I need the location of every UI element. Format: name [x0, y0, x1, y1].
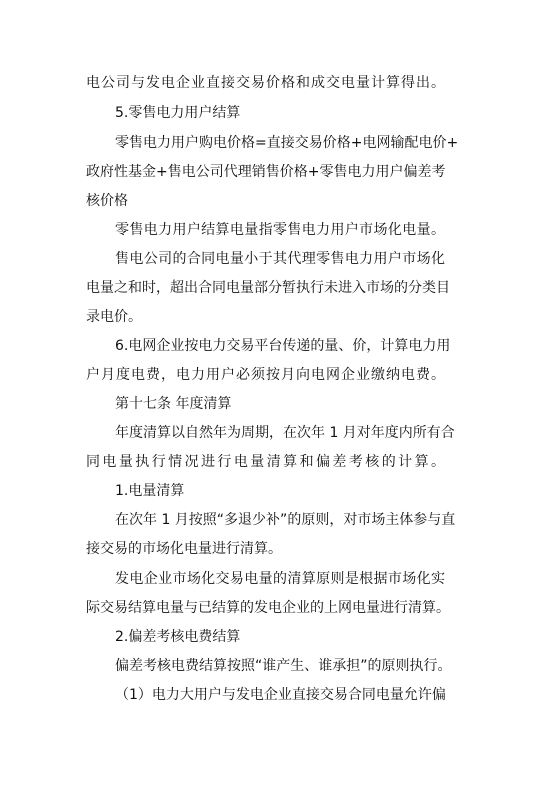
text-line: 6.电网企业按电力交易平台传递的量、价，计算电力用 [115, 337, 445, 355]
document-page: 电公司与发电企业直接交易价格和成交电量计算得出。5.零售电力用户结算零售电力用户… [0, 0, 560, 791]
text-line: 发电企业市场化交易电量的清算原则是根据市场化实 [115, 570, 445, 588]
text-line: 际交易结算电量与已结算的发电企业的上网电量进行清算。 [86, 599, 445, 617]
text-line: 政府性基金+售电公司代理销售价格+零售电力用户偏差考 [86, 163, 445, 181]
text-line: 偏差考核电费结算按照“谁产生、谁承担”的原则执行。 [115, 657, 445, 675]
text-line: 在次年 1 月按照“多退少补”的原则，对市场主体参与直 [115, 511, 445, 529]
text-line: 户月度电费，电力用户必须按月向电网企业缴纳电费。 [86, 366, 445, 384]
text-line: 第十七条 年度清算 [115, 395, 445, 413]
text-line: 零售电力用户购电价格=直接交易价格+电网输配电价+ [115, 134, 445, 152]
text-line: 录电价。 [86, 308, 445, 326]
text-line: 5.零售电力用户结算 [115, 104, 445, 122]
text-line: 售电公司的合同电量小于其代理零售电力用户市场化 [115, 250, 445, 268]
text-line: 2.偏差考核电费结算 [115, 628, 445, 646]
text-line: （1）电力大用户与发电企业直接交易合同电量允许偏 [115, 686, 445, 704]
text-line: 核价格 [86, 192, 445, 210]
text-line: 电量之和时，超出合同电量部分暂执行未进入市场的分类目 [86, 279, 445, 297]
text-line: 1.电量清算 [115, 482, 445, 500]
text-line: 零售电力用户结算电量指零售电力用户市场化电量。 [115, 221, 445, 239]
text-line: 电公司与发电企业直接交易价格和成交电量计算得出。 [86, 74, 445, 92]
text-line: 接交易的市场化电量进行清算。 [86, 540, 445, 558]
text-line: 同电量执行情况进行电量清算和偏差考核的计算。 [86, 453, 445, 471]
text-line: 年度清算以自然年为周期，在次年 1 月对年度内所有合 [115, 424, 445, 442]
